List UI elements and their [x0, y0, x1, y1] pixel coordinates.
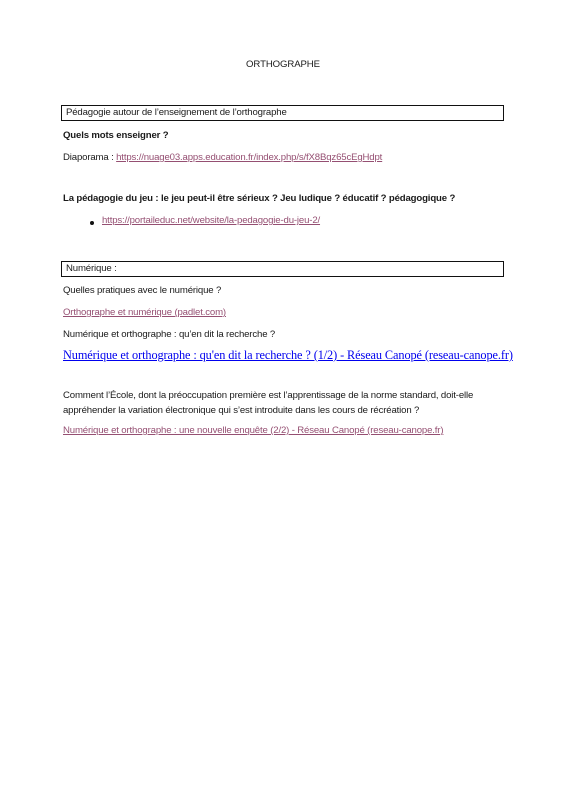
canope-link-2[interactable]: Numérique et orthographe : une nouvelle …	[63, 425, 443, 436]
section-heading-numerique: Numérique :	[66, 263, 117, 274]
canope-link-2-line: Numérique et orthographe : une nouvelle …	[63, 425, 443, 436]
diaporama-line: Diaporama : https://nuage03.apps.educati…	[63, 152, 382, 163]
bullet-icon	[90, 221, 94, 225]
section-heading-pedagogie: Pédagogie autour de l’enseignement de l’…	[66, 107, 287, 118]
padlet-link[interactable]: Orthographe et numérique (padlet.com)	[63, 307, 226, 318]
padlet-line: Orthographe et numérique (padlet.com)	[63, 307, 226, 318]
question-pratiques: Quelles pratiques avec le numérique ?	[63, 285, 221, 296]
portaileduc-link[interactable]: https://portaileduc.net/website/la-pedag…	[102, 215, 320, 226]
section-heading-box-numerique: Numérique :	[61, 261, 504, 277]
canope-link-1-line: Numérique et orthographe : qu'en dit la …	[63, 348, 513, 362]
question-mots-enseigner: Quels mots enseigner ?	[63, 130, 168, 141]
canope-link-1[interactable]: Numérique et orthographe : qu'en dit la …	[63, 348, 513, 362]
diaporama-link[interactable]: https://nuage03.apps.education.fr/index.…	[116, 152, 382, 163]
jeu-heading: La pédagogie du jeu : le jeu peut-il êtr…	[63, 193, 455, 204]
jeu-list-item: https://portaileduc.net/website/la-pedag…	[102, 215, 320, 226]
paragraph-variation: Comment l’École, dont la préoccupation p…	[63, 388, 513, 418]
section-heading-box-pedagogie: Pédagogie autour de l’enseignement de l’…	[61, 105, 504, 121]
research-question: Numérique et orthographe : qu’en dit la …	[63, 329, 275, 340]
diaporama-label: Diaporama :	[63, 152, 116, 163]
page-title: ORTHOGRAPHE	[0, 59, 566, 70]
